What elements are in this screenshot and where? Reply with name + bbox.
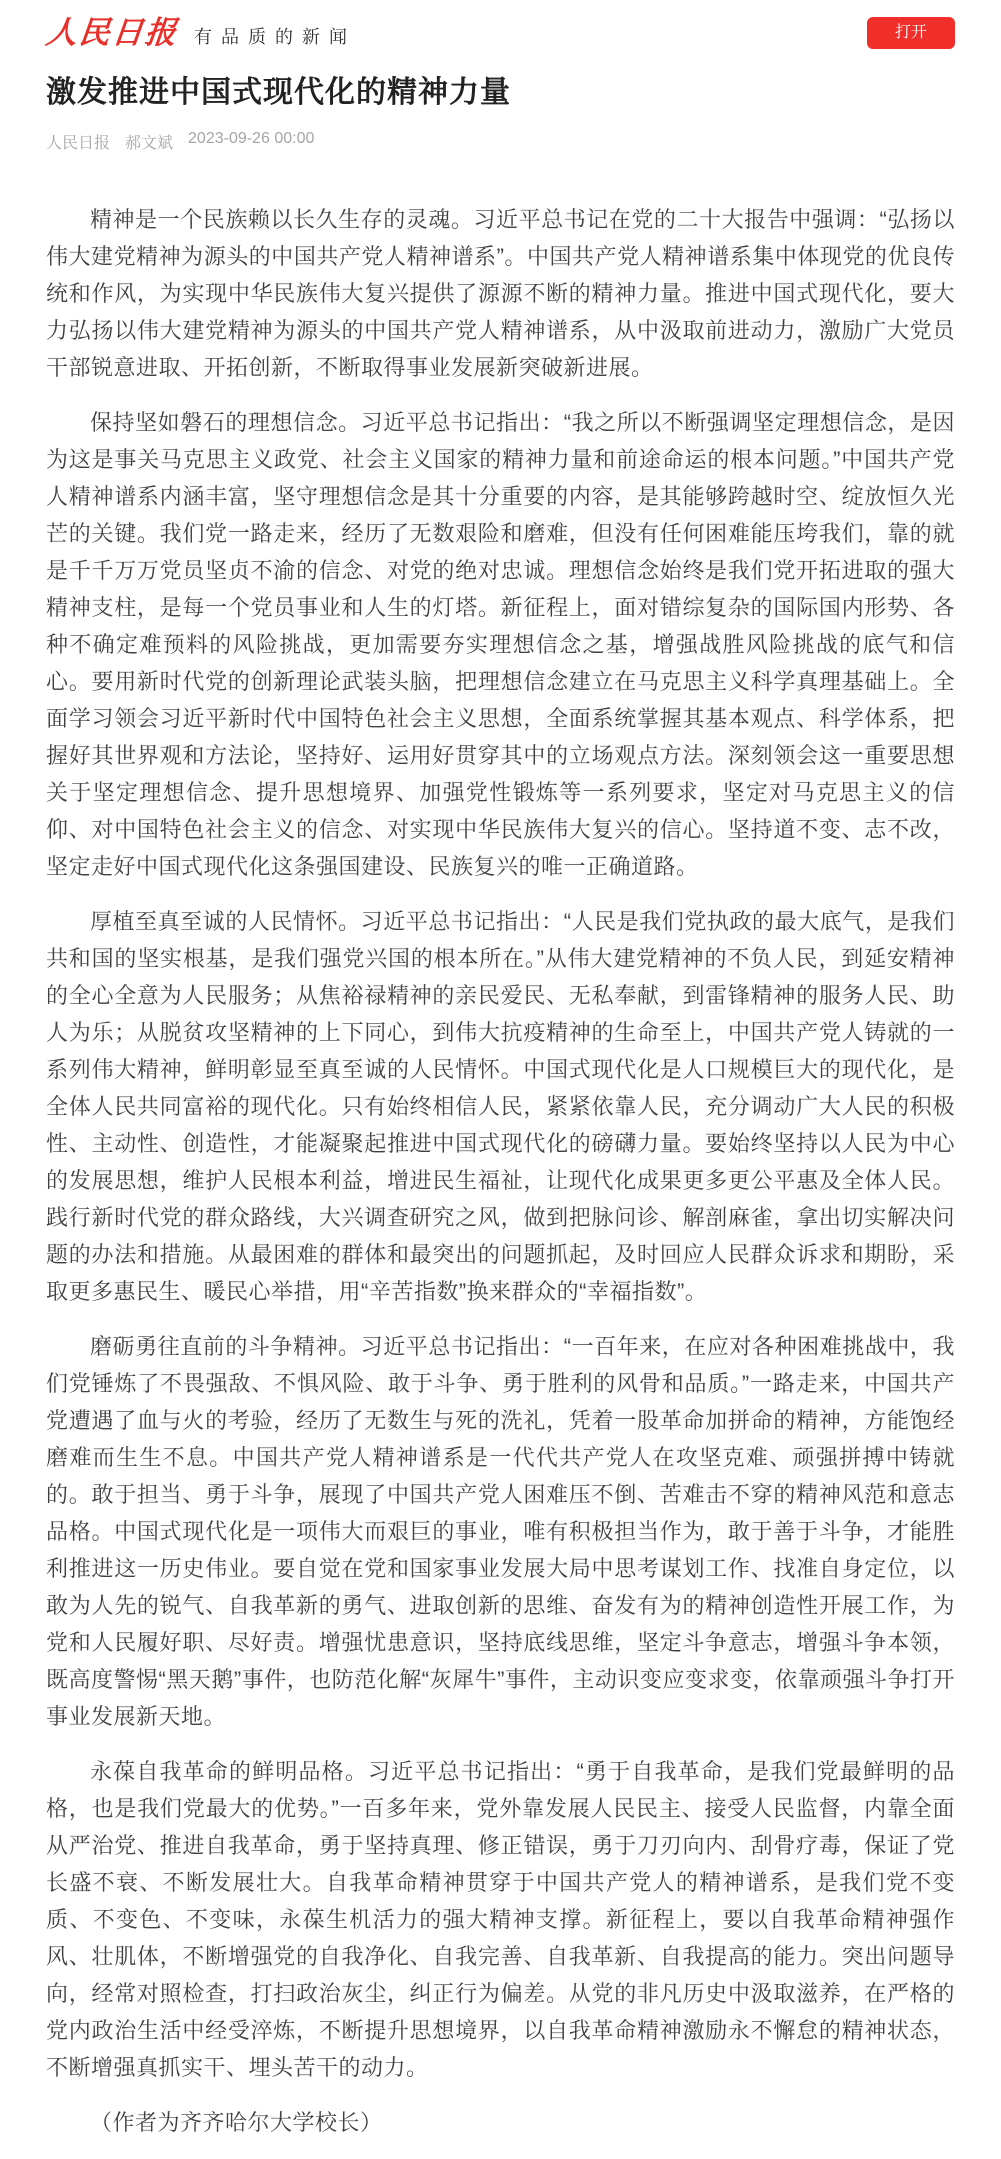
peoples-daily-logo[interactable]: 人民日报	[44, 17, 179, 48]
top-bar: 人民日报 有品质的新闻 打开	[46, 0, 955, 52]
byline-source: 人民日报	[46, 130, 110, 153]
byline-timestamp: 2023-09-26 00:00	[188, 130, 314, 153]
open-app-button[interactable]: 打开	[867, 17, 955, 49]
article-paragraph: 保持坚如磐石的理想信念。习近平总书记指出：“我之所以不断强调坚定理想信念，是因为…	[46, 404, 955, 885]
article-body: 精神是一个民族赖以长久生存的灵魂。习近平总书记在党的二十大报告中强调：“弘扬以伟…	[46, 201, 955, 2141]
masthead-tagline: 有品质的新闻	[194, 23, 356, 49]
byline-author: 郝文斌	[125, 130, 173, 153]
byline: 人民日报 郝文斌 2023-09-26 00:00	[46, 130, 955, 153]
article-paragraph: 厚植至真至诚的人民情怀。习近平总书记指出：“人民是我们党执政的最大底气，是我们共…	[46, 903, 955, 1310]
article-paragraph: 精神是一个民族赖以长久生存的灵魂。习近平总书记在党的二十大报告中强调：“弘扬以伟…	[46, 201, 955, 386]
article-paragraph: 永葆自我革命的鲜明品格。习近平总书记指出：“勇于自我革命，是我们党最鲜明的品格，…	[46, 1753, 955, 2086]
article-title: 激发推进中国式现代化的精神力量	[46, 74, 955, 112]
author-note: （作者为齐齐哈尔大学校长）	[46, 2104, 955, 2141]
article-paragraph: 磨砺勇往直前的斗争精神。习近平总书记指出：“一百年来，在应对各种困难挑战中，我们…	[46, 1328, 955, 1735]
masthead: 人民日报 有品质的新闻	[46, 17, 356, 49]
article-page: 人民日报 有品质的新闻 打开 激发推进中国式现代化的精神力量 人民日报 郝文斌 …	[0, 0, 1001, 2141]
